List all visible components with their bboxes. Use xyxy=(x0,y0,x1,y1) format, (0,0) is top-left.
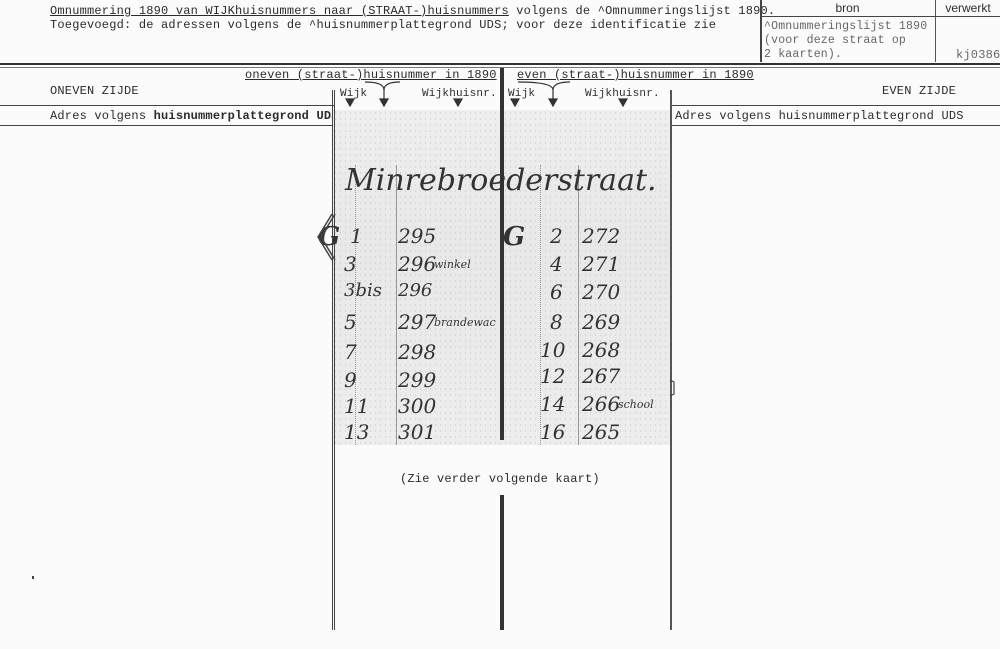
list-item: 7298 xyxy=(344,340,357,364)
bracket-marker-icon xyxy=(666,378,676,398)
adres-left-label: Adres volgens huisnummerplattegrond UDS xyxy=(50,109,339,123)
arrow-down-icon xyxy=(549,99,557,106)
arrow-down-icon xyxy=(619,99,627,106)
bracket-marker-icon xyxy=(314,212,336,262)
list-item: 3bis296 xyxy=(344,280,382,301)
list-item: 10268 xyxy=(540,338,565,362)
continued-note: (Zie verder volgende kaart) xyxy=(400,472,600,486)
list-item: 8269 xyxy=(550,310,563,334)
list-item: 6270 xyxy=(550,280,563,304)
arrow-down-icon xyxy=(511,99,519,106)
list-item: 16265 xyxy=(540,420,565,444)
list-item: 9299 xyxy=(344,368,357,392)
list-item: 3296winkel xyxy=(344,252,357,276)
list-item: 12267 xyxy=(540,364,565,388)
arrow-down-icon xyxy=(380,99,388,106)
list-item: 5297brandewac xyxy=(344,310,357,334)
list-item: 1295 xyxy=(350,224,363,248)
adres-right-label: Adres volgens huisnummerplattegrond UDS xyxy=(675,109,964,123)
list-item: 13301 xyxy=(344,420,369,444)
street-name: Minrebroederstraat. xyxy=(345,163,657,198)
list-item: 4271 xyxy=(550,252,563,276)
list-item: 2272 xyxy=(550,224,563,248)
arrow-down-icon xyxy=(346,99,354,106)
list-item: 11300 xyxy=(344,394,369,418)
speck xyxy=(32,576,34,579)
arrow-down-icon xyxy=(454,99,462,106)
even-wijk-letter: G xyxy=(503,222,525,252)
list-item: 14266school xyxy=(540,392,565,416)
